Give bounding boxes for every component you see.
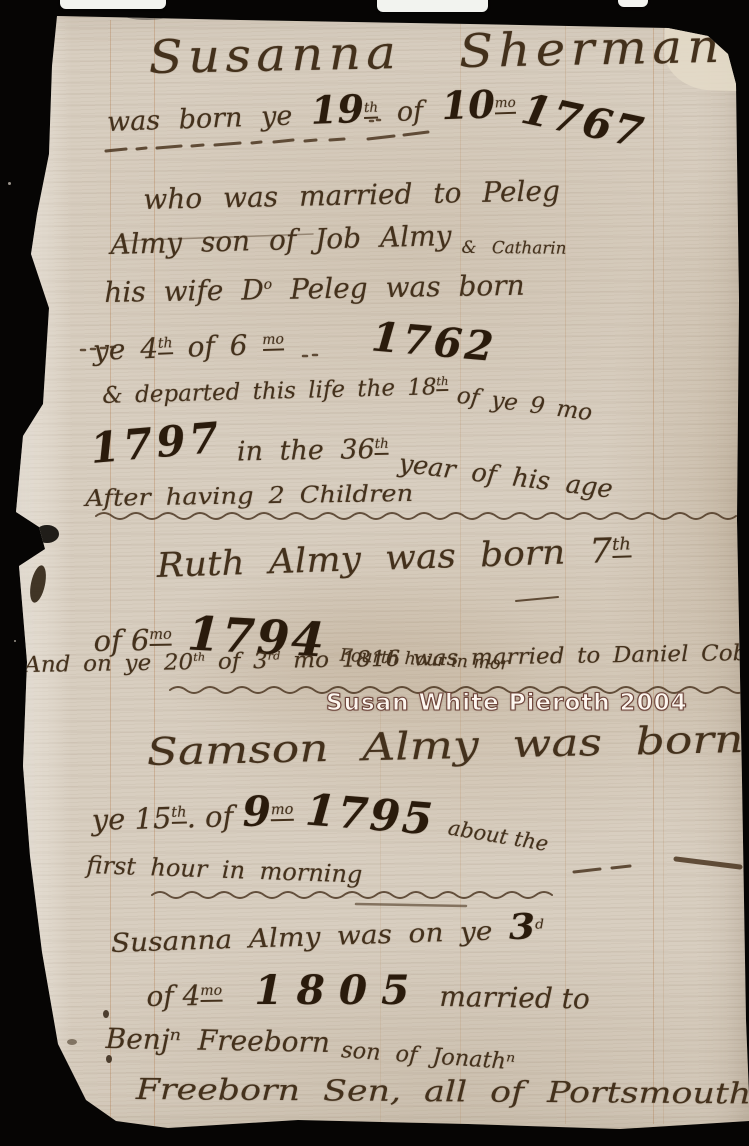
line-married-to-peleg: who was married to Peleg (143, 174, 560, 216)
manuscript-paper: Susanna Sherman was born ye 19th of 10mo… (0, 0, 749, 1146)
superscript: th (364, 100, 379, 119)
dust-speck (8, 182, 11, 185)
superscript: th (171, 805, 187, 824)
superscript: d (535, 917, 545, 932)
ink-blots (27, 6, 173, 1063)
line-after-having-children: After having 2 Children (85, 481, 413, 512)
line-samson-first-hour: first hour in morning (86, 851, 363, 889)
superscript: mo (271, 802, 294, 822)
script-text: Ruth Almy was born 7 (156, 531, 613, 586)
script-text: ye 15 (91, 801, 172, 837)
superscript: th (158, 335, 173, 354)
line-susanna-almy-married-date: Susanna Almy was on ye 3d (110, 906, 545, 961)
script-number: 3 (508, 906, 536, 948)
script-number: 1762 (370, 312, 499, 371)
script-text: After having 2 Children (85, 481, 413, 512)
script-text: Almy son of Job Almy (110, 219, 452, 261)
ruled-line (663, 28, 664, 1124)
script-text: Samson Almy was born (146, 717, 744, 774)
superscript: mo (149, 627, 172, 646)
ruled-line (565, 26, 566, 1124)
dust-speck (14, 640, 16, 642)
script-text: in the 36 (237, 434, 375, 467)
script-text: & Catharin (462, 237, 567, 258)
line-peleg-birth-date: ye 4th of 6 mo1762 (92, 308, 498, 370)
script-text: of 3 (205, 649, 268, 675)
line-peleg-parents: Almy son of Job Almy& Catharin (110, 216, 567, 261)
script-text: his wife D (104, 273, 264, 309)
script-text: of 6 (172, 328, 263, 364)
line-freeborn-portsmouth: Freeborn Sen, all of Portsmouth (136, 1072, 749, 1110)
superscript: th (193, 651, 205, 664)
binder-tab (377, 0, 488, 12)
script-text: ye 4 (92, 332, 158, 367)
script-text: Peleg was born (272, 269, 525, 306)
script-text: . of (186, 799, 243, 834)
binder-tab (60, 0, 166, 9)
scanned-document-page: Susanna Sherman was born ye 19th of 10mo… (0, 0, 749, 1146)
script-text: Freeborn Sen, all of Portsmouth (136, 1072, 749, 1110)
script-text: was born ye (107, 100, 312, 138)
superscript: mo (262, 331, 284, 351)
line-his-wife-peleg-born: his wife Do Peleg was born (104, 269, 525, 309)
script-text: Susanna Almy was on ye (110, 916, 509, 959)
binder-tab (618, 0, 648, 7)
script-number: 1797 (88, 413, 224, 473)
script-number: 1805 (254, 966, 423, 1014)
script-text: of 4 (146, 979, 201, 1013)
script-number: 1767 (517, 84, 649, 158)
script-text: who was married to Peleg (143, 174, 560, 216)
script-text: of (378, 95, 442, 128)
line-benjamin-freeborn: Benjⁿ Freebornson of Jonathⁿ (105, 1022, 516, 1062)
script-number: 10 (441, 82, 496, 129)
script-text: first hour in morning (86, 851, 363, 889)
script-text: about the (446, 816, 550, 856)
superscript: mo (494, 95, 516, 115)
script-text: And on ye 20 (24, 650, 193, 678)
script-text: son of Jonathⁿ (341, 1037, 517, 1075)
script-text: Benjⁿ Freeborn (105, 1022, 330, 1059)
script-number: 1795 (303, 784, 436, 845)
line-samson-birth-date: ye 15th. of 9mo1795about the (91, 778, 552, 841)
superscript: o (264, 277, 273, 293)
line-ruth-almy-born: Ruth Almy was born 7th (156, 530, 632, 586)
script-text: married to (439, 980, 590, 1016)
superscript: rd (267, 649, 280, 662)
superscript: th (612, 534, 632, 558)
line-susanna-almy-marriage-year: of 4mo1805married to (146, 960, 590, 1016)
ruled-line (653, 28, 654, 1124)
superscript: th (374, 436, 388, 455)
script-text: year of his age (397, 449, 614, 505)
superscript: mo (200, 982, 222, 1001)
watermark: Susan White Pieroth 2004 (326, 690, 688, 716)
script-text: & departed this life the 18 (102, 374, 437, 409)
line-peleg-death-year-age: 1797in the 36thyear of his age (90, 415, 616, 473)
line-peleg-departed: & departed this life the 18thof ye 9 mo (102, 370, 595, 409)
superscript: th (436, 374, 448, 391)
script-number: 9 (242, 786, 272, 836)
line-samson-almy-born: Samson Almy was born (146, 717, 744, 774)
line-susanna-birth-date: was born ye 19th of 10mo1767 (106, 73, 649, 141)
script-number: 19 (310, 87, 365, 134)
